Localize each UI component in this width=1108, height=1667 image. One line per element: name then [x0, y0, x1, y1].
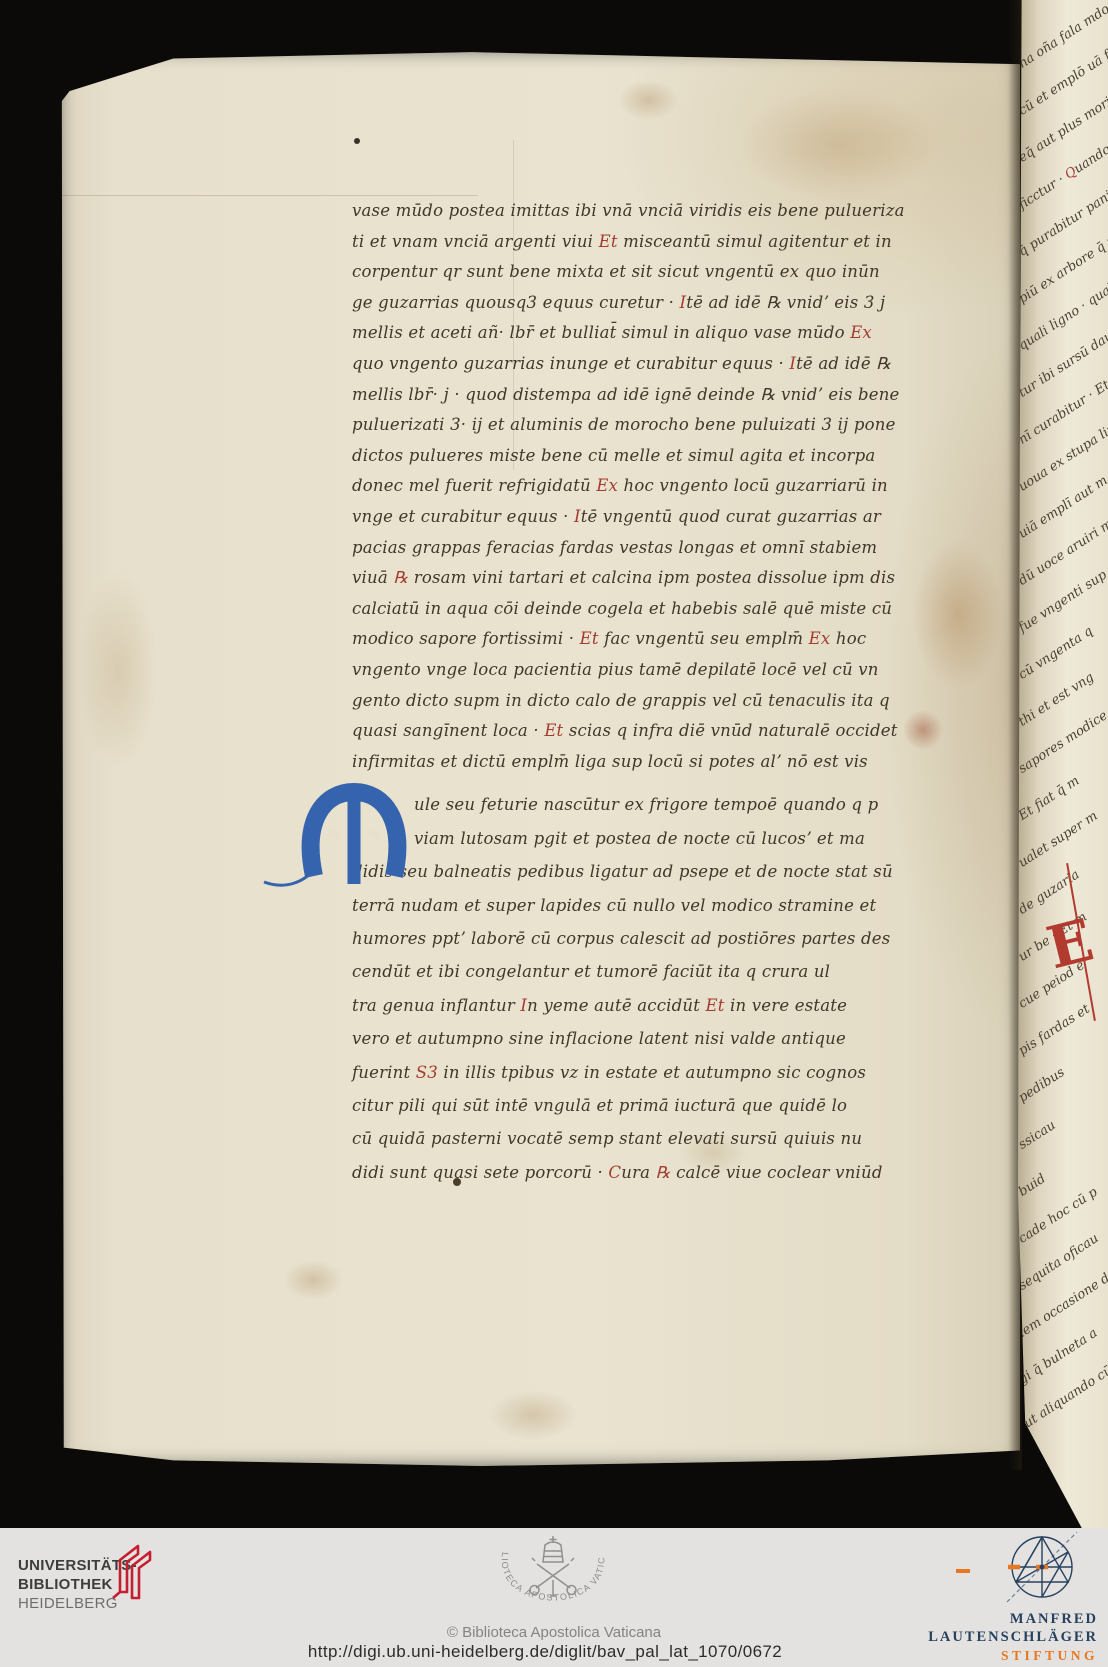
- manuscript-line: vero et autumpno sine inflacione latent …: [352, 1022, 918, 1055]
- facing-page-line: ssicau: [1018, 1118, 1058, 1153]
- stain: [738, 90, 938, 200]
- facing-page-line: Et fiat q̄ m: [1018, 773, 1082, 823]
- lautenschlaeger-stiftung-logo: [1005, 1532, 1079, 1606]
- lautenschlaeger-stiftung-text: MANFRED LAUTENSCHLÄGER STIFTUNG: [928, 1610, 1098, 1665]
- manuscript-line: fuerint S3 in illis tpibus vz in estate …: [352, 1056, 918, 1089]
- manuscript-line: mellis lbr̄· j · quod distempa ad idē ig…: [352, 380, 918, 411]
- manuscript-line: puluerizati 3· ij et aluminis de morocho…: [352, 410, 918, 441]
- ink-spot: [354, 138, 360, 144]
- manuscript-line: donec mel fuerit refrigidatū Ex hoc vnge…: [352, 471, 918, 502]
- stain: [78, 570, 158, 770]
- manuscript-line: tra genua inflantur In yeme autē accidūt…: [352, 989, 918, 1022]
- manuscript-line: didi sunt quasi sete porcorū · Cura ℞ ca…: [352, 1156, 918, 1189]
- manuscript-line: quasi sangīnent loca · Et scias q infra …: [352, 716, 918, 747]
- book-photo: vase mūdo postea imittas ibi vnā vnciā v…: [0, 0, 1108, 1530]
- manuscript-line: cū quidā pasterni vocatē semp stant elev…: [352, 1122, 918, 1155]
- facing-page-edge: na oña fala mdocū et emplō uā faeq̄ aut …: [1018, 0, 1108, 1530]
- manuscript-line: humores pptʼ laborē cū corpus calescit a…: [352, 922, 918, 955]
- manuscript-line: modico sapore fortissimi · Et fac vngent…: [352, 624, 918, 655]
- manuscript-line: vnge et curabitur equus · Itē vngentū qu…: [352, 502, 918, 533]
- digitization-url: http://digi.ub.uni-heidelberg.de/diglit/…: [0, 1642, 1090, 1662]
- manuscript-line: corpentur qr sunt bene mixta et sit sicu…: [352, 257, 918, 288]
- manuscript-line: pacias grappas feracias fardas vestas lo…: [352, 533, 918, 564]
- manuscript-line: viam lutosam pgit et postea de nocte cū …: [352, 822, 918, 855]
- digitized-manuscript-viewer: vase mūdo postea imittas ibi vnā vnciā v…: [0, 0, 1108, 1667]
- manuscript-line: cendūt et ibi congelantur et tumorē faci…: [352, 955, 918, 988]
- manuscript-line: quo vngento guzarrias inunge et curabitu…: [352, 349, 918, 380]
- manuscript-line: viuā ℞ rosam vini tartari et calcina ipm…: [352, 563, 918, 594]
- orange-dash: [956, 1569, 970, 1573]
- stain: [913, 540, 1003, 690]
- manuscript-line: ti et vnam vnciā argenti viui Et miscean…: [352, 227, 918, 258]
- ub-heidelberg-book-icon: [108, 1540, 164, 1606]
- manuscript-line: citur pili qui sūt intē vngulā et primā …: [352, 1089, 918, 1122]
- manuscript-line: ge guzarrias quousq3 equus curetur · Itē…: [352, 288, 918, 319]
- footer: UNIVERSITÄTS- BIBLIOTHEK HEIDELBERG: [0, 1528, 1108, 1667]
- manuscript-line: terrā nudam et super lapides cū nullo ve…: [352, 889, 918, 922]
- paragraph-2: ule seu feturie nascūtur ex frigore temp…: [352, 788, 918, 1189]
- manuscript-line: calciatū in aqua cōi deinde cogela et ha…: [352, 594, 918, 625]
- stain: [618, 80, 678, 120]
- manuscript-line: gento dicto supm in dicto calo de grappi…: [352, 686, 918, 717]
- manuscript-text: vase mūdo postea imittas ibi vnā vnciā v…: [352, 196, 918, 1189]
- manuscript-line: vase mūdo postea imittas ibi vnā vnciā v…: [352, 196, 918, 227]
- facing-page-line: pis fardas et: [1018, 1002, 1093, 1059]
- facing-page-line: pedibus: [1018, 1065, 1068, 1106]
- illuminated-initial-m: [260, 778, 410, 900]
- ml-name-2: LAUTENSCHLÄGER: [928, 1628, 1098, 1646]
- rubric-initial-e: E: [1042, 911, 1099, 978]
- manuscript-line: didis seu balneatis pedibus ligatur ad p…: [352, 855, 918, 888]
- ml-subtitle: STIFTUNG: [928, 1646, 1098, 1665]
- manuscript-line: infirmitas et dictū emplm̄ liga sup locū…: [352, 747, 918, 778]
- facing-page-line: buid: [1018, 1171, 1049, 1199]
- ml-name-1: MANFRED: [928, 1610, 1098, 1628]
- vatican-library-seal: BIBLIOTECA APOSTOLICA VATICANA: [478, 1532, 628, 1624]
- manuscript-line: dictos pulueres miste bene cū melle et s…: [352, 441, 918, 472]
- stain: [283, 1260, 343, 1300]
- paragraph-1: vase mūdo postea imittas ibi vnā vnciā v…: [352, 196, 918, 777]
- manuscript-line: vngento vnge loca pacientia pius tamē de…: [352, 655, 918, 686]
- manuscript-line: mellis et aceti añ· lbr̄ et bulliat̄ sim…: [352, 318, 918, 349]
- stain: [488, 1390, 578, 1440]
- manuscript-line: ule seu feturie nascūtur ex frigore temp…: [352, 788, 918, 821]
